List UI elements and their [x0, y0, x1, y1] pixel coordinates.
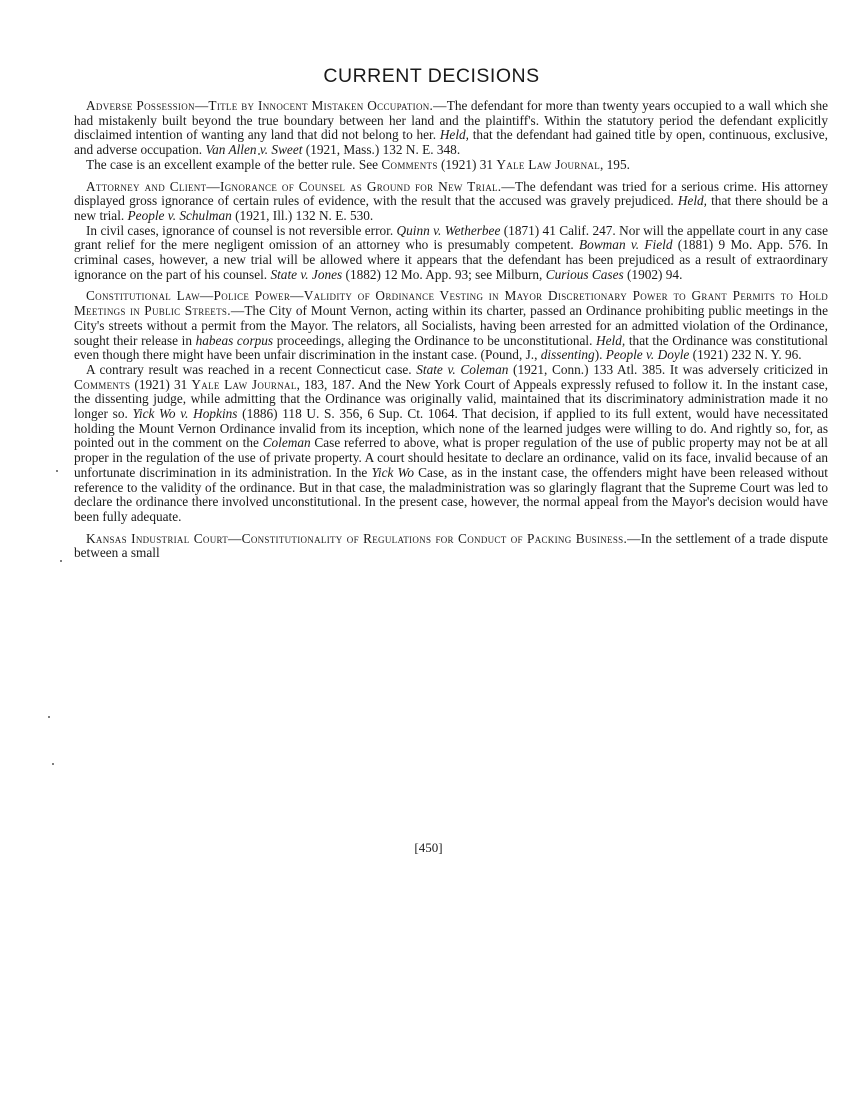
decision-section: Adverse Possession—Title by Innocent Mis… [74, 99, 828, 173]
scan-speck [48, 716, 50, 718]
scan-speck [258, 153, 260, 155]
case-citation: People v. Doyle [606, 347, 690, 362]
text-run: (1921, Ill.) 132 N. E. 530. [232, 208, 373, 223]
text-run: proceedings, alleging the Ordinance to b… [273, 333, 596, 348]
text-run: (1882) 12 Mo. App. 93; see Milburn, [342, 267, 546, 282]
case-citation: dissenting [541, 347, 595, 362]
case-citation: Coleman [263, 435, 311, 450]
text-run: , 195. [600, 157, 630, 172]
page-title: CURRENT DECISIONS [0, 65, 853, 88]
scan-speck [60, 560, 62, 562]
section-heading: Kansas Industrial Court—Constitutionalit… [86, 531, 641, 546]
section-heading: Attorney and Client—Ignorance of Counsel… [86, 179, 515, 194]
text-run: Yale Law Journal [191, 377, 296, 392]
case-citation: Held, [678, 193, 707, 208]
text-run: (1921) 31 [438, 157, 497, 172]
text-run: The case is an excellent example of the … [86, 157, 381, 172]
decision-summary: Kansas Industrial Court—Constitutionalit… [74, 532, 828, 561]
case-citation: Quinn v. Wetherbee [397, 223, 501, 238]
case-citation: People v. Schulman [128, 208, 232, 223]
case-citation: Held, [440, 127, 469, 142]
text-run: (1921, Mass.) 132 N. E. 348. [302, 142, 460, 157]
text-run: In civil cases, ignorance of counsel is … [86, 223, 397, 238]
decision-comment: In civil cases, ignorance of counsel is … [74, 224, 828, 283]
text-run: Comments [381, 157, 437, 172]
section-heading: Adverse Possession—Title by Innocent Mis… [86, 98, 447, 113]
scan-speck [56, 470, 58, 472]
decision-summary: Attorney and Client—Ignorance of Counsel… [74, 180, 828, 224]
decision-summary: Constitutional Law—Police Power—Validity… [74, 289, 828, 363]
decision-section: Kansas Industrial Court—Constitutionalit… [74, 532, 828, 561]
case-citation: habeas corpus [196, 333, 274, 348]
decision-section: Constitutional Law—Police Power—Validity… [74, 289, 828, 524]
text-run: Yale Law Journal [496, 157, 600, 172]
text-run: ). [595, 347, 606, 362]
decisions-column: Adverse Possession—Title by Innocent Mis… [74, 99, 828, 568]
scan-speck [52, 763, 54, 765]
case-citation: Curious Cases [546, 267, 624, 282]
decision-section: Attorney and Client—Ignorance of Counsel… [74, 180, 828, 283]
case-citation: State v. Coleman [416, 362, 508, 377]
case-citation: Bowman v. Field [579, 237, 672, 252]
decision-comment: A contrary result was reached in a recen… [74, 363, 828, 525]
case-citation: Held, [596, 333, 625, 348]
text-run: Comments [74, 377, 130, 392]
text-run: (1902) 94. [624, 267, 683, 282]
case-citation: State v. Jones [270, 267, 342, 282]
text-run: (1921, Conn.) 133 Atl. 385. It was adver… [508, 362, 828, 377]
page-number: [450] [0, 840, 853, 856]
text-run: (1921) 31 [130, 377, 191, 392]
case-citation: Yick Wo [371, 465, 414, 480]
text-run: A contrary result was reached in a recen… [86, 362, 416, 377]
case-citation: Van Allen v. Sweet [205, 142, 302, 157]
case-citation: Yick Wo v. Hopkins [132, 406, 237, 421]
text-run: (1921) 232 N. Y. 96. [689, 347, 801, 362]
decision-comment: The case is an excellent example of the … [74, 158, 828, 173]
decision-summary: Adverse Possession—Title by Innocent Mis… [74, 99, 828, 158]
